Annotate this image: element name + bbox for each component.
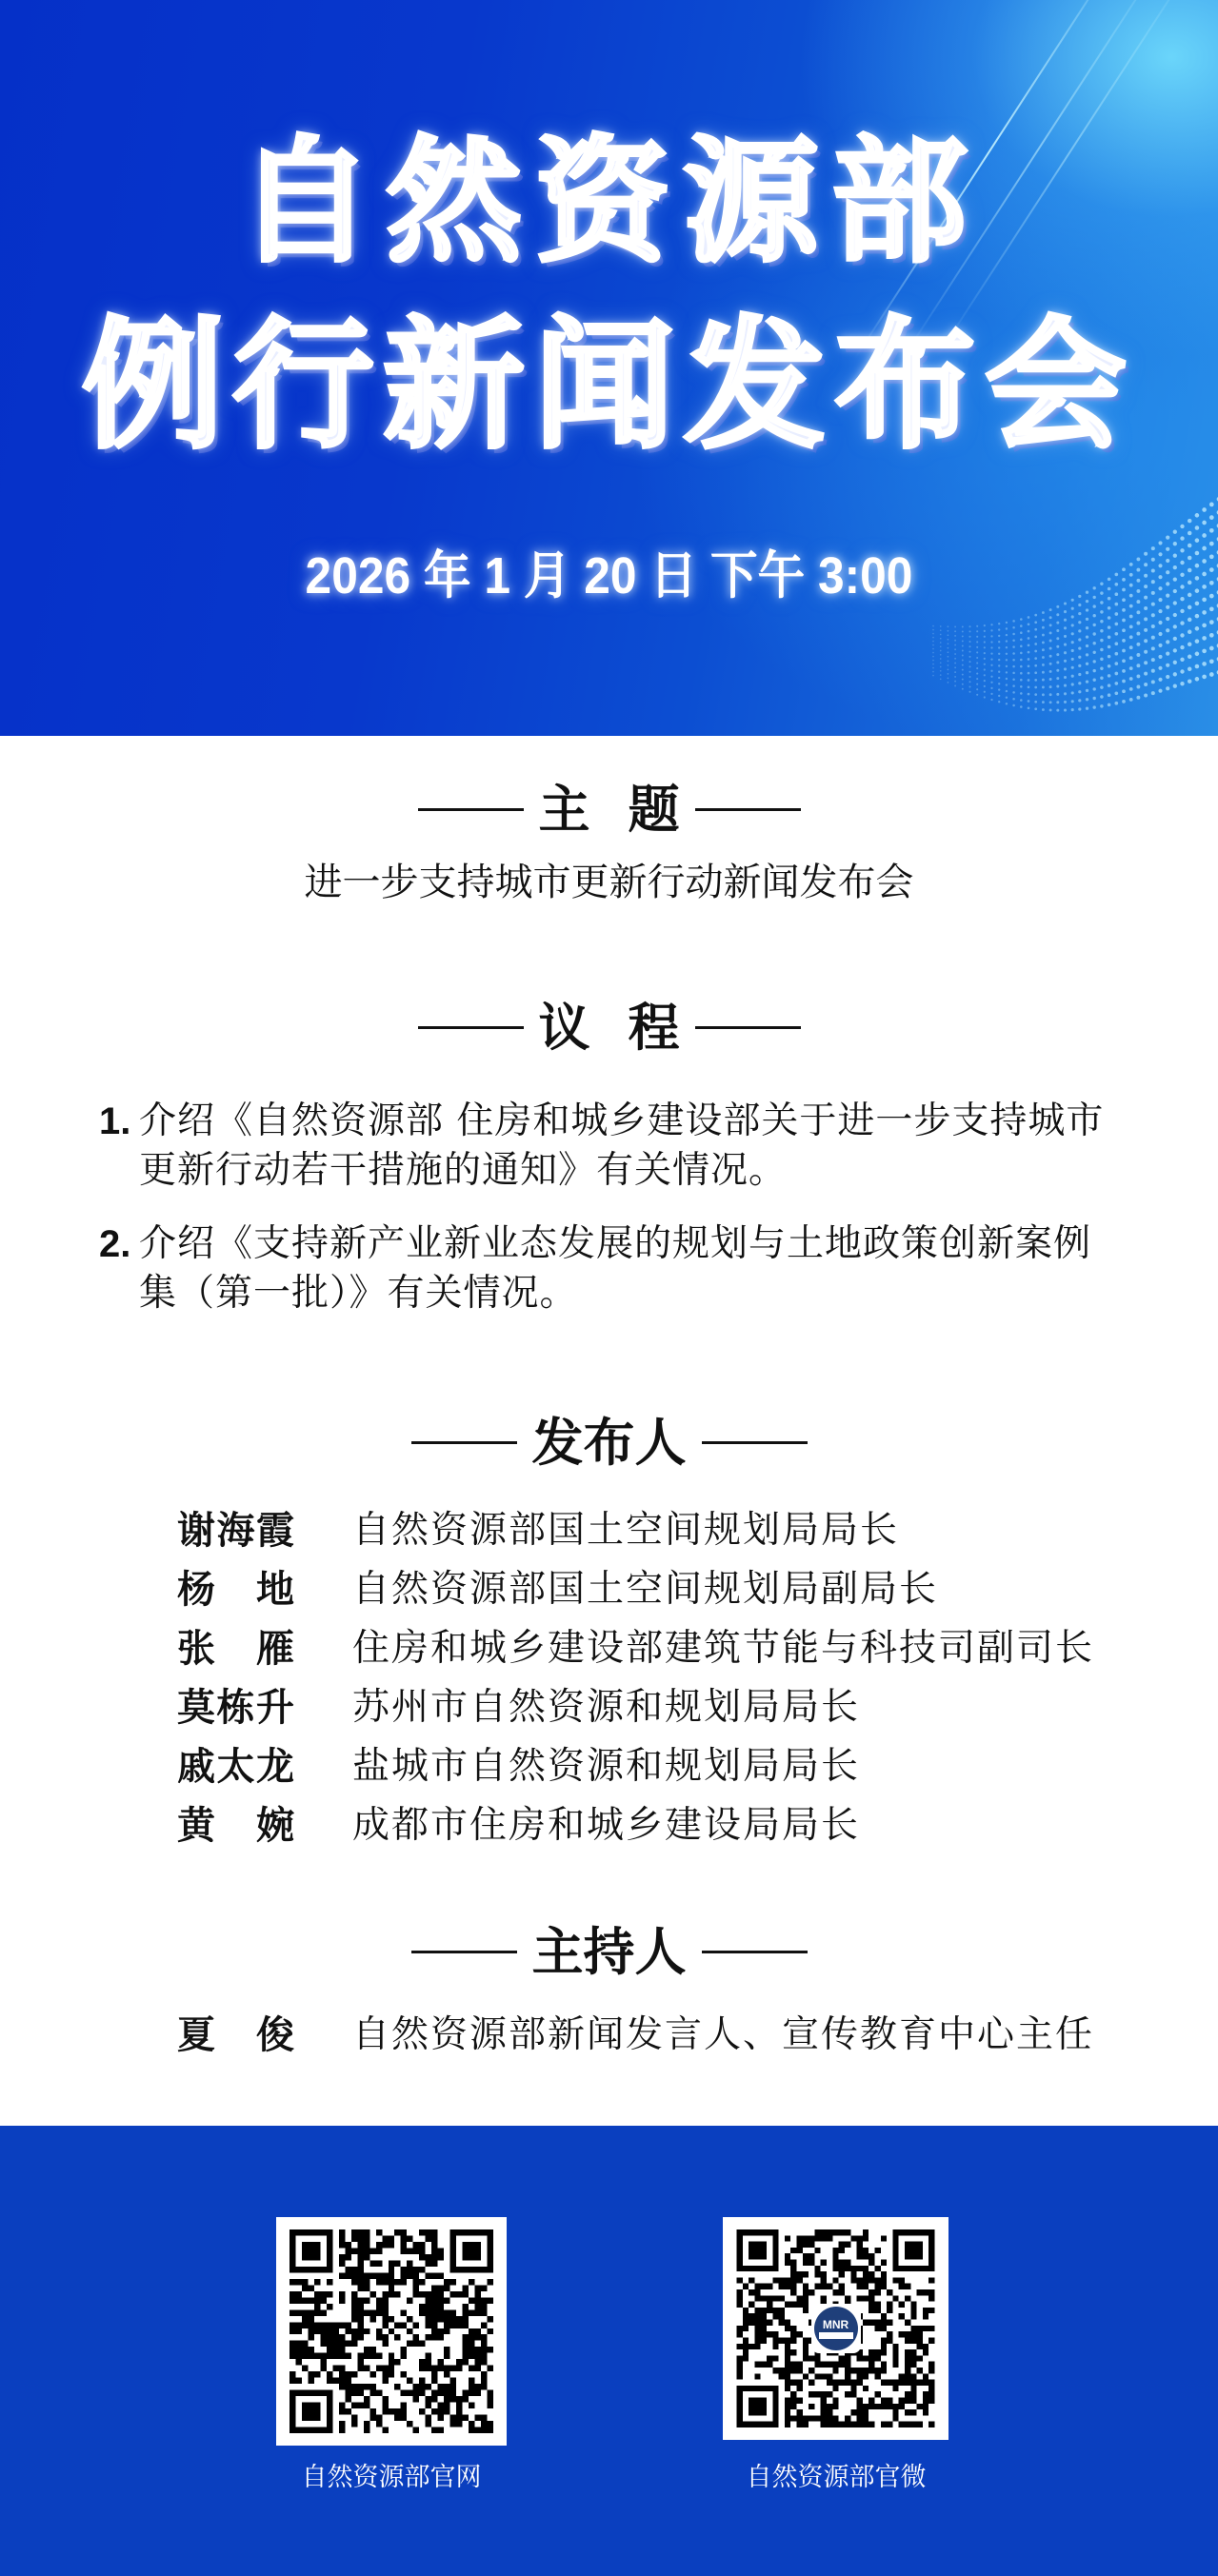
- section-heading-host: 主持人: [0, 1921, 1218, 1982]
- person-role: 成都市住房和城乡建设局局长: [352, 1796, 860, 1855]
- agenda-list: 1. 介绍《自然资源部 住房和城乡建设部关于进一步支持城市更新行动若干措施的通知…: [99, 1097, 1137, 1342]
- event-datetime: 2026 年 1 月 20 日 下午 3:00: [49, 543, 1169, 609]
- section-heading-label: 主持人: [532, 1921, 687, 1982]
- publisher-row: 张雁 住房和城乡建设部建筑节能与科技司副司长: [177, 1619, 1129, 1678]
- person-name: 杨地: [177, 1560, 352, 1619]
- section-heading-label: 议程: [539, 997, 718, 1058]
- logo-band: [819, 2332, 853, 2339]
- agenda-item-number: 1.: [99, 1097, 139, 1196]
- person-name: 莫栋升: [177, 1678, 352, 1737]
- heading-rule-left: [411, 1951, 517, 1953]
- person-role: 自然资源部国土空间规划局副局长: [352, 1560, 938, 1619]
- mnr-logo-icon: MNR: [811, 2304, 861, 2353]
- agenda-item-number: 2.: [99, 1219, 139, 1318]
- person-role: 自然资源部新闻发言人、宣传教育中心主任: [352, 2006, 1094, 2065]
- qr-code-wechat[interactable]: MNR: [723, 2217, 948, 2440]
- heading-rule-right: [695, 808, 801, 811]
- heading-rule-left: [411, 1441, 517, 1444]
- header-banner: 自然资源部 例行新闻发布会 2026 年 1 月 20 日 下午 3:00: [0, 0, 1218, 736]
- person-role: 住房和城乡建设部建筑节能与科技司副司长: [352, 1619, 1094, 1678]
- heading-rule-right: [702, 1951, 808, 1953]
- person-name: 张雁: [177, 1619, 352, 1678]
- qr-code-icon: [289, 2229, 494, 2433]
- section-heading-label: 主题: [539, 779, 718, 840]
- heading-rule-right: [695, 1026, 801, 1029]
- page-title-line-2: 例行新闻发布会: [0, 303, 1218, 469]
- host-row: 夏俊 自然资源部新闻发言人、宣传教育中心主任: [177, 2006, 1129, 2065]
- agenda-item-text: 介绍《自然资源部 住房和城乡建设部关于进一步支持城市更新行动若干措施的通知》有关…: [139, 1097, 1125, 1196]
- publisher-row: 戚太龙 盐城市自然资源和规划局局长: [177, 1737, 1129, 1796]
- publisher-row: 莫栋升 苏州市自然资源和规划局局长: [177, 1678, 1129, 1737]
- person-name: 夏俊: [177, 2006, 352, 2065]
- publisher-row: 谢海霞 自然资源部国土空间规划局局长: [177, 1501, 1129, 1560]
- agenda-item-text: 介绍《支持新产业新业态发展的规划与土地政策创新案例集（第一批）》有关情况。: [139, 1219, 1125, 1318]
- agenda-item: 1. 介绍《自然资源部 住房和城乡建设部关于进一步支持城市更新行动若干措施的通知…: [99, 1097, 1137, 1196]
- topic-text: 进一步支持城市更新行动新闻发布会: [0, 857, 1218, 908]
- person-role: 盐城市自然资源和规划局局长: [352, 1737, 860, 1796]
- publisher-row: 黄婉 成都市住房和城乡建设局局长: [177, 1796, 1129, 1855]
- agenda-item: 2. 介绍《支持新产业新业态发展的规划与土地政策创新案例集（第一批）》有关情况。: [99, 1219, 1137, 1318]
- page-title-line-1: 自然资源部: [0, 122, 1218, 284]
- section-heading-publishers: 发布人: [0, 1412, 1218, 1473]
- publisher-row: 杨地 自然资源部国土空间规划局副局长: [177, 1560, 1129, 1619]
- person-role: 自然资源部国土空间规划局局长: [352, 1501, 899, 1560]
- footer-qr-panel: 自然资源部官网 MNR 自然资源部官微: [0, 2126, 1218, 2576]
- section-heading-label: 发布人: [532, 1412, 687, 1473]
- qr-code-website[interactable]: [276, 2217, 507, 2446]
- mnr-logo-text: MNR: [823, 2319, 849, 2331]
- person-role: 苏州市自然资源和规划局局长: [352, 1678, 860, 1737]
- qr-label-wechat: 自然资源部官微: [721, 2461, 951, 2495]
- heading-rule-left: [418, 808, 524, 811]
- person-name: 谢海霞: [177, 1501, 352, 1560]
- heading-rule-right: [702, 1441, 808, 1444]
- qr-label-website: 自然资源部官网: [276, 2461, 507, 2495]
- heading-rule-left: [418, 1026, 524, 1029]
- section-heading-topic: 主题: [0, 779, 1218, 840]
- section-heading-agenda: 议程: [0, 997, 1218, 1058]
- host-list: 夏俊 自然资源部新闻发言人、宣传教育中心主任: [177, 2006, 1129, 2065]
- person-name: 黄婉: [177, 1796, 352, 1855]
- person-name: 戚太龙: [177, 1737, 352, 1796]
- publisher-list: 谢海霞 自然资源部国土空间规划局局长 杨地 自然资源部国土空间规划局副局长 张雁…: [177, 1501, 1129, 1855]
